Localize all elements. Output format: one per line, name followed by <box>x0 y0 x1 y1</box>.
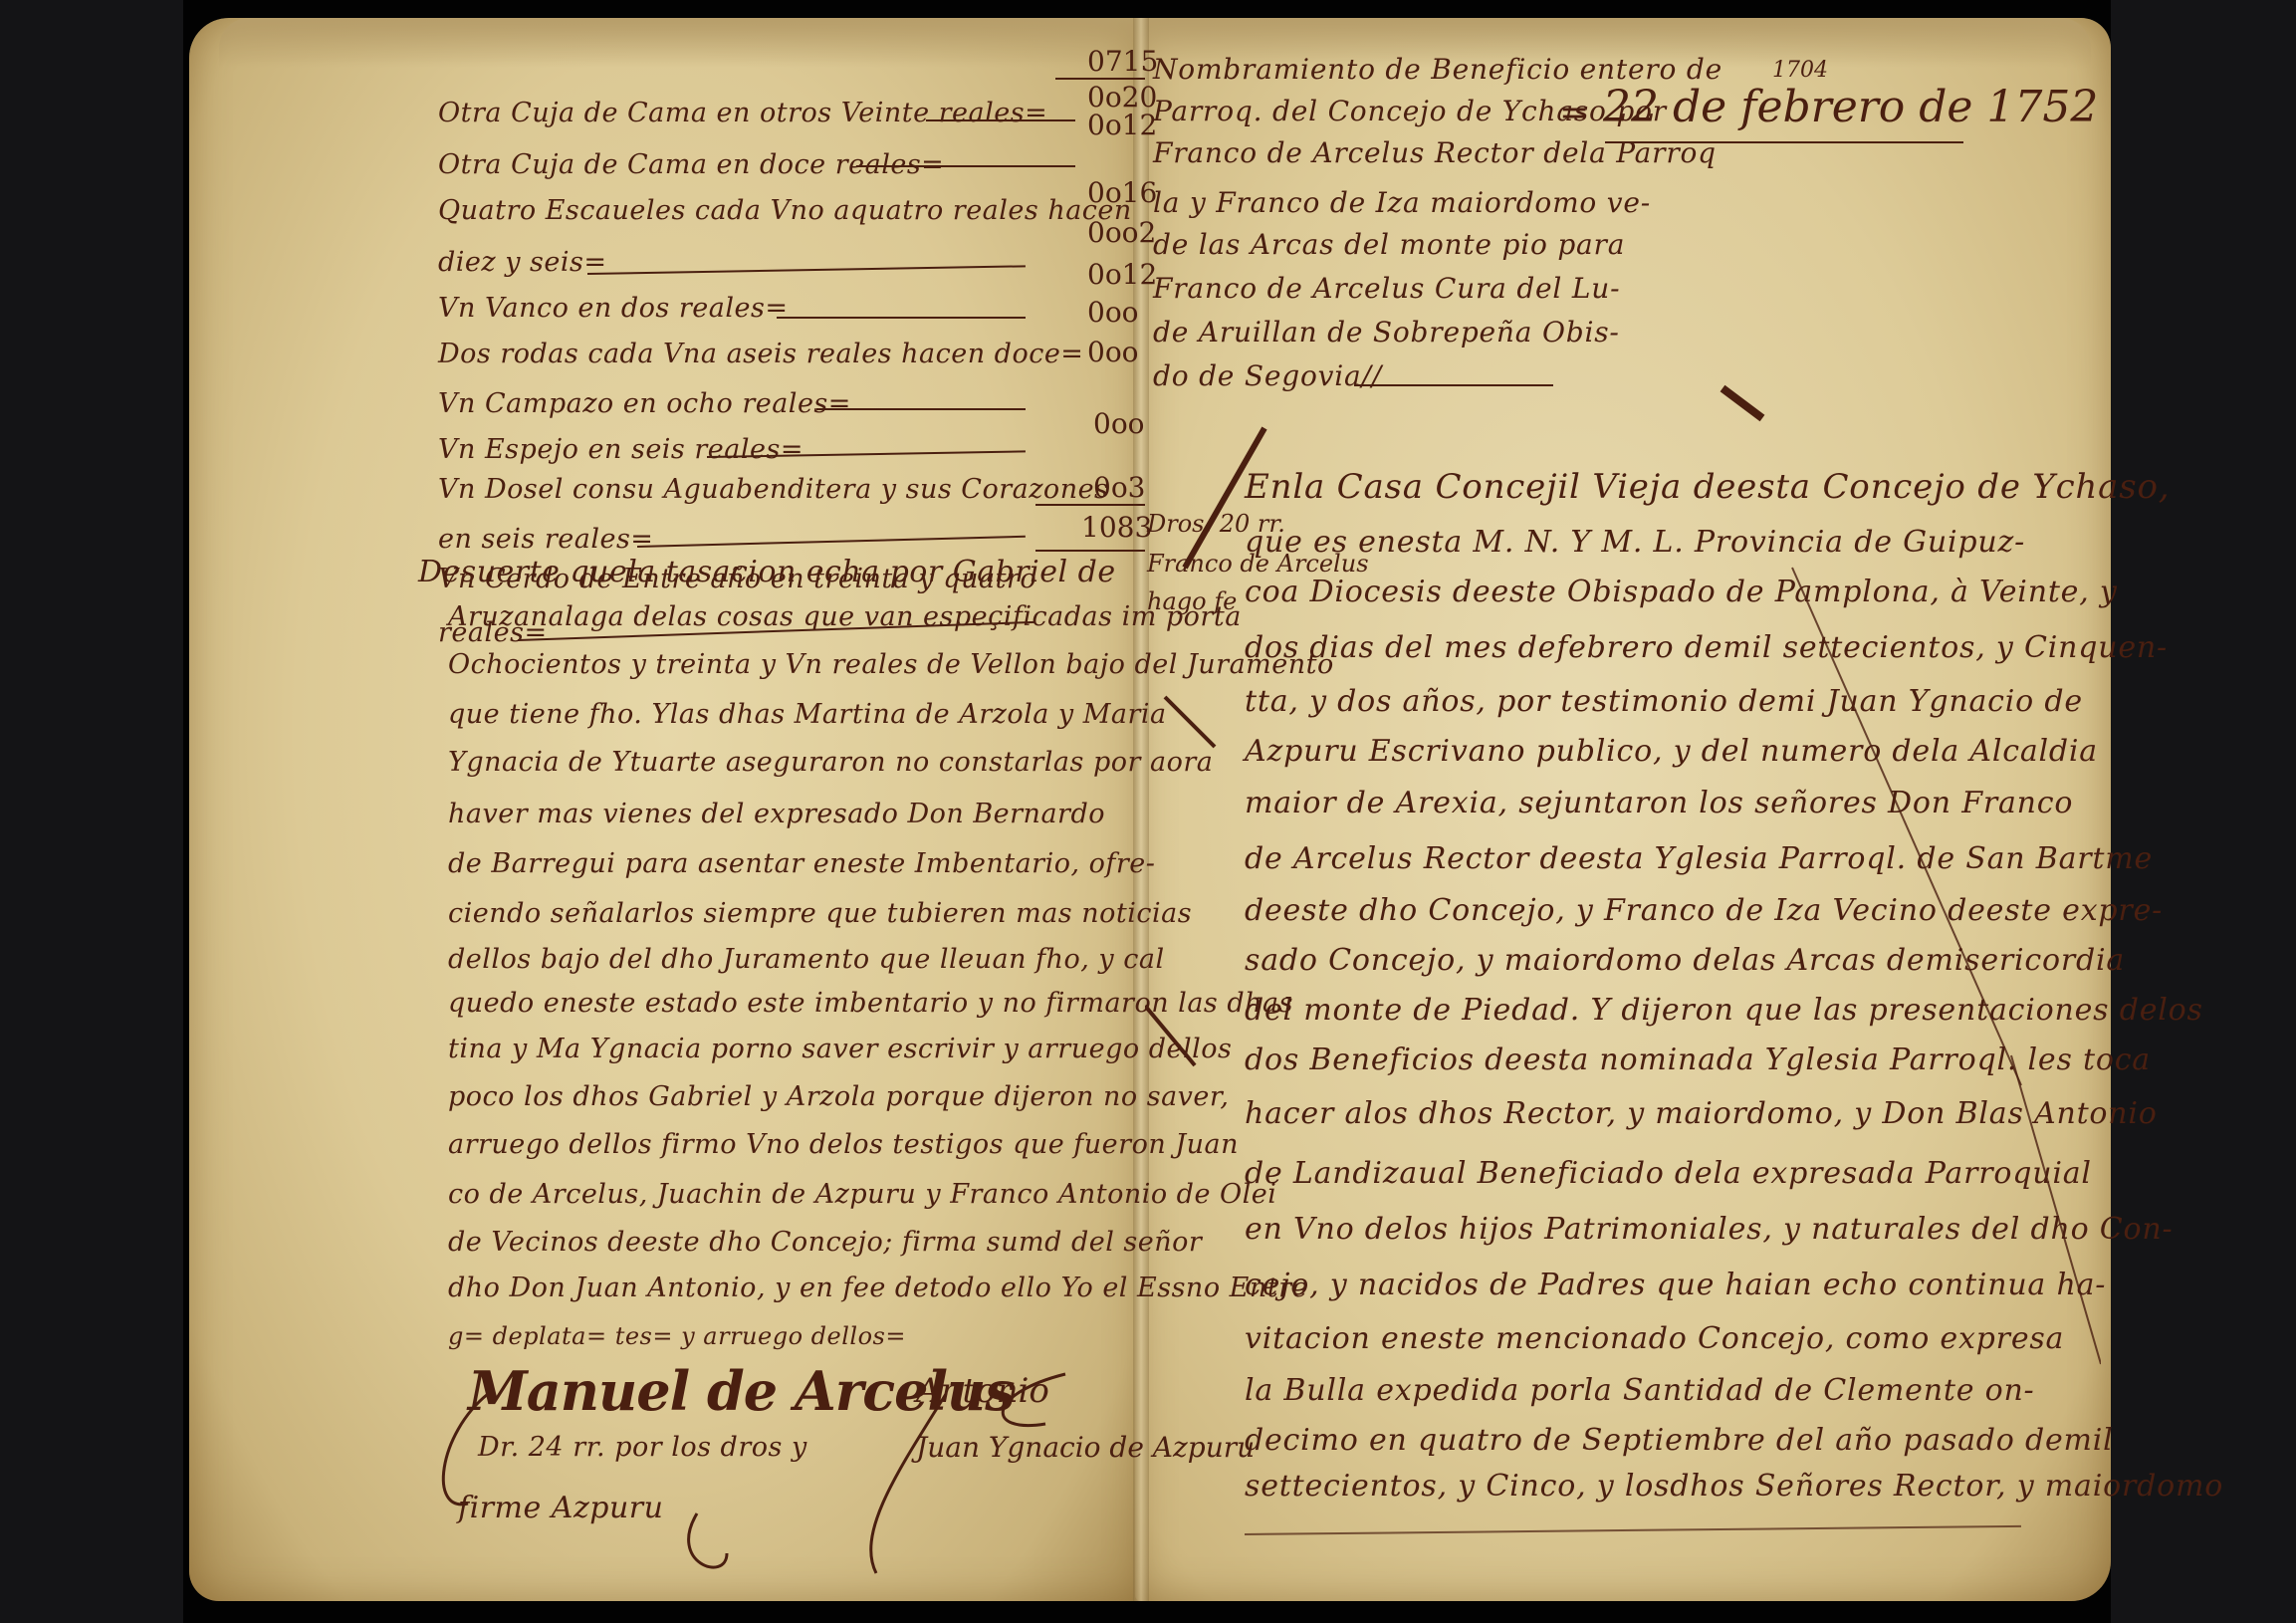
amount: 0oo <box>1087 299 1139 327</box>
fill-rule <box>856 165 1075 167</box>
amount: 0o12 <box>1087 261 1157 289</box>
total-rule <box>1035 550 1145 552</box>
text-line: arruego dellos firmo Vno delos testigos … <box>448 1131 1239 1158</box>
amount: 0oo <box>1093 410 1145 438</box>
cancellation-strokes-icon <box>1145 368 2101 1464</box>
text-line: dellos bajo del dho Juramento que lleuan… <box>448 946 1165 973</box>
amount: 0715 <box>1087 48 1158 76</box>
header-line: de Aruillan de Sobrepeña Obis- <box>1153 319 1620 347</box>
inventory-item: Dos rodas cada Vna aseis reales hacen do… <box>438 341 1083 367</box>
header-line: Nombramiento de Beneficio entero de <box>1153 56 1722 84</box>
amount: 0o20 <box>1087 84 1157 112</box>
equals-sign: = <box>1559 96 1590 131</box>
text-line: de Barregui para asentar eneste Imbentar… <box>448 850 1155 877</box>
text-line: g= deplata= tes= y arruego dellos= <box>448 1324 906 1348</box>
total-rule <box>1035 504 1145 506</box>
inventory-item: Vn Espejo en seis reales= <box>438 436 804 463</box>
fill-rule <box>777 317 1026 319</box>
header-line: la y Franco de Iza maiordomo ve- <box>1153 189 1651 217</box>
fill-rule <box>816 408 1026 410</box>
inventory-item: Vn Vanco en dos reales= <box>438 295 788 322</box>
text-line: ciendo señalarlos siempre que tubieren m… <box>448 900 1192 927</box>
inventory-item: Vn Campazo en ocho reales= <box>438 390 851 417</box>
inventory-item: Otra Cuja de Cama en otros Veinte reales… <box>438 100 1047 126</box>
text-line: de Vecinos deeste dho Concejo; firma sum… <box>448 1229 1202 1256</box>
amount: 0o3 <box>1093 474 1146 502</box>
text-line: que tiene fho. Ylas dhas Martina de Arzo… <box>448 701 1167 728</box>
text-line: settecientos, y Cinco, y losdhos Señores… <box>1245 1472 2223 1502</box>
header-line: Franco de Arcelus Cura del Lu- <box>1153 275 1620 303</box>
date-rule <box>1605 141 1963 143</box>
header-line: de las Arcas del monte pio para <box>1153 231 1625 259</box>
inventory-item: Vn Dosel consu Aguabenditera y sus Coraz… <box>438 476 1108 503</box>
amount: 0o16 <box>1087 179 1157 207</box>
amount: 0o12 <box>1087 112 1157 139</box>
text-line: poco los dhos Gabriel y Arzola porque di… <box>448 1083 1229 1110</box>
text-line: tina y Ma Ygnacia porno saver escrivir y… <box>448 1036 1232 1062</box>
inventory-item: Quatro Escaueles cada Vno aquatro reales… <box>438 197 1132 224</box>
amount: 0oo <box>1087 339 1139 366</box>
fill-rule <box>926 119 1075 121</box>
inventory-item: diez y seis= <box>438 249 607 276</box>
date-superscript: 1704 <box>1772 60 1828 82</box>
text-line: Aruzanalaga delas cosas que van espeçifi… <box>448 603 1242 630</box>
document-date: 22 de febrero de 1752 <box>1603 86 2098 129</box>
total-amount: 1083 <box>1081 514 1152 542</box>
signature-flourish-icon <box>428 1354 1125 1583</box>
text-line: Ygnacia de Ytuarte aseguraron no constar… <box>448 749 1213 776</box>
text-line: haver mas vienes del expresado Don Berna… <box>448 801 1105 827</box>
header-line: Franco de Arcelus Rector dela Parroq <box>1153 139 1717 167</box>
column-rule <box>1055 78 1145 80</box>
inventory-item: en seis reales= <box>438 526 653 553</box>
text-line: Desuerte quela tasacion echa por Gabriel… <box>418 558 1116 587</box>
amount: 0oo2 <box>1087 219 1156 247</box>
